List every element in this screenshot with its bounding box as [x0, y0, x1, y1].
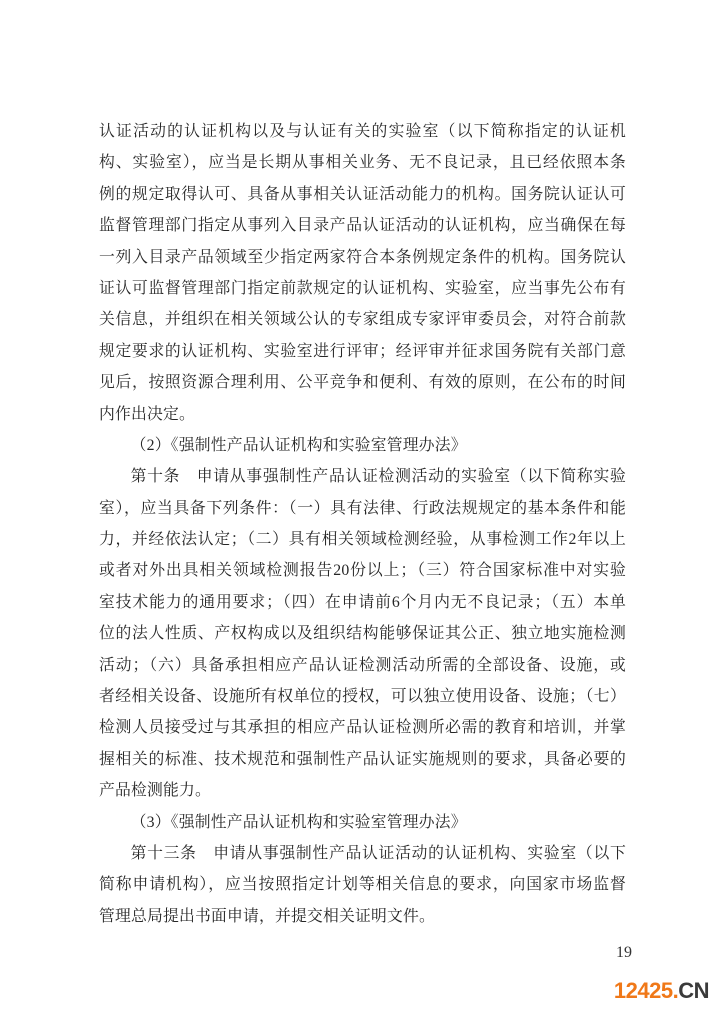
text-line: 内作出决定。: [99, 399, 626, 430]
text-line: 室），应当具备下列条件：（一）具有法律、行政法规规定的基本条件和能: [99, 493, 626, 524]
text-line: 或者对外出具相关领域检测报告20份以上；（三）符合国家标准中对实验: [99, 555, 626, 586]
text-line: 一列入目录产品领域至少指定两家符合本条例规定条件的机构。国务院认: [99, 242, 626, 273]
text-line: 简称申请机构），应当按照指定计划等相关信息的要求，向国家市场监督: [99, 869, 626, 900]
text-line: 构、实验室），应当是长期从事相关业务、无不良记录，且已经依照本条: [99, 147, 626, 178]
text-line: 室技术能力的通用要求；（四）在申请前6个月内无不良记录；（五）本单: [99, 587, 626, 618]
text-line: （3）《强制性产品认证机构和实验室管理办法》: [99, 807, 626, 838]
text-line: 管理总局提出书面申请，并提交相关证明文件。: [99, 901, 626, 932]
text-line: 认证活动的认证机构以及与认证有关的实验室（以下简称指定的认证机: [99, 116, 626, 147]
watermark-prefix: 12425.: [614, 978, 678, 1003]
text-line: 第十条 申请从事强制性产品认证检测活动的实验室（以下简称实验: [99, 461, 626, 492]
text-line: 活动；（六）具备承担相应产品认证检测活动所需的全部设备、设施，或: [99, 650, 626, 681]
text-line: 产品检测能力。: [99, 775, 626, 806]
text-line: 第十三条 申请从事强制性产品认证活动的认证机构、实验室（以下: [99, 838, 626, 869]
text-line: 位的法人性质、产权构成以及组织结构能够保证其公正、独立地实施检测: [99, 618, 626, 649]
text-line: 者经相关设备、设施所有权单位的授权，可以独立使用设备、设施；（七）: [99, 681, 626, 712]
text-line: （2）《强制性产品认证机构和实验室管理办法》: [99, 430, 626, 461]
text-line: 证认可监督管理部门指定前款规定的认证机构、实验室，应当事先公布有: [99, 273, 626, 304]
text-line: 监督管理部门指定从事列入目录产品认证活动的认证机构，应当确保在每: [99, 210, 626, 241]
text-line: 握相关的标准、技术规范和强制性产品认证实施规则的要求，具备必要的: [99, 744, 626, 775]
watermark-suffix: CN: [678, 978, 709, 1003]
text-line: 检测人员接受过与其承担的相应产品认证检测所必需的教育和培训，并掌: [99, 712, 626, 743]
page-number: 19: [616, 944, 656, 962]
text-line: 关信息，并组织在相关领域公认的专家组成专家评审委员会，对符合前款: [99, 304, 626, 335]
text-line: 见后，按照资源合理利用、公平竞争和便利、有效的原则，在公布的时间: [99, 367, 626, 398]
watermark: 12425.CN: [614, 978, 709, 1004]
text-block: 认证活动的认证机构以及与认证有关的实验室（以下简称指定的认证机构、实验室），应当…: [99, 116, 626, 932]
text-line: 例的规定取得认可、具备从事相关认证活动能力的机构。国务院认证认可: [99, 179, 626, 210]
text-line: 规定要求的认证机构、实验室进行评审；经评审并征求国务院有关部门意: [99, 336, 626, 367]
text-line: 力，并经依法认定；（二）具有相关领域检测经验，从事检测工作2年以上: [99, 524, 626, 555]
document-page: 认证活动的认证机构以及与认证有关的实验室（以下简称指定的认证机构、实验室），应当…: [0, 0, 720, 1017]
